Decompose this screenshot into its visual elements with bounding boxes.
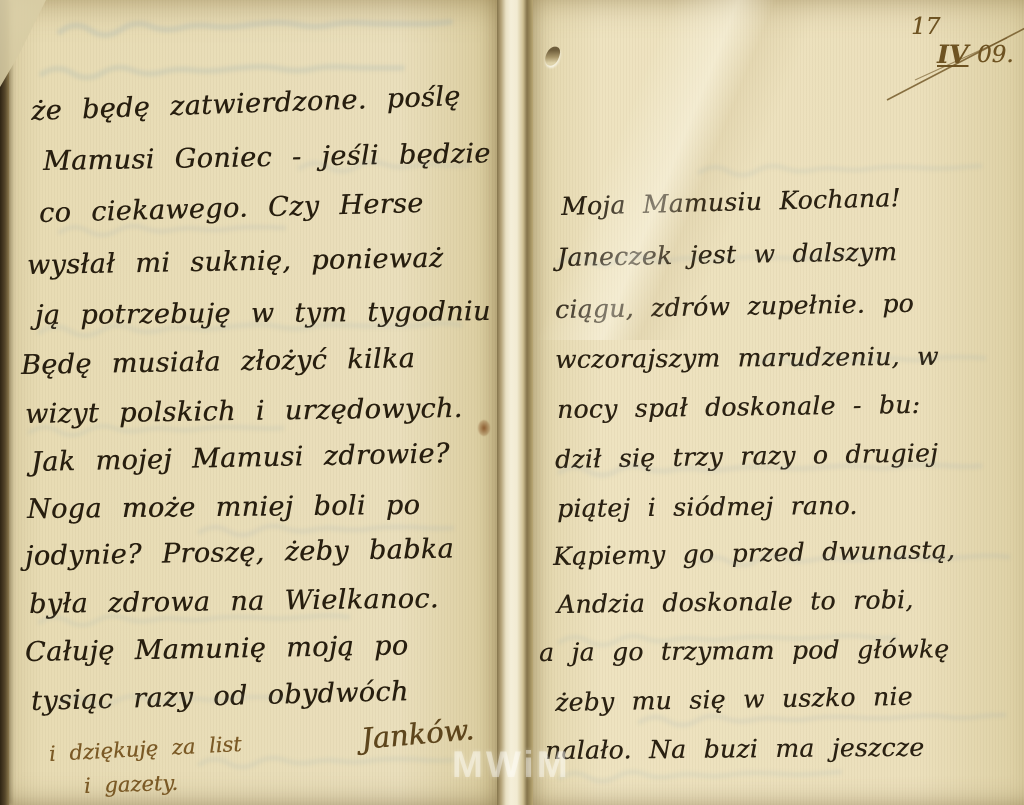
handwriting-line: Moja Mamusiu Kochana! <box>561 183 902 221</box>
handwriting-line: dził się trzy razy o drugiej <box>555 438 939 474</box>
right-page: 17 IV 09. Moja Mamusiu Kochana! Janeczek… <box>533 0 1024 805</box>
handwriting-line: Kąpiemy go przed dwunastą, <box>553 535 956 571</box>
handwriting-line: Noga może mniej boli po <box>27 490 420 525</box>
handwriting-line: a ja go trzymam pod główkę <box>539 634 950 667</box>
ink-stain <box>478 420 490 436</box>
book-cover-edge <box>0 0 9 805</box>
date-day: 17 <box>911 14 940 40</box>
handwriting-line: wysłał mi suknię, ponieważ <box>27 243 444 281</box>
date-year: 09. <box>977 42 1014 68</box>
handwriting-line: Całuję Mamunię moją po <box>25 630 409 668</box>
handwriting-line: że będę zatwierdzone. poślę <box>30 81 461 127</box>
date-mark: 17 IV 09. <box>885 8 1024 108</box>
handwriting-line: jodynie? Proszę, żeby babka <box>25 534 455 572</box>
watermark: MWiM <box>452 744 571 786</box>
handwriting-line: piątej i siódmej rano. <box>557 491 858 523</box>
handwriting-line: była zdrowa na Wielkanoc. <box>29 583 439 620</box>
handwriting-line: Mamusi Goniec - jeśli będzie <box>43 138 491 177</box>
handwriting-line: Andzia doskonale to robi, <box>557 585 914 619</box>
handwriting-line: Janeczek jest w dalszym <box>557 237 898 272</box>
postscript-line: i dziękuję za list <box>48 732 242 766</box>
postscript-line: i gazety. <box>84 771 179 798</box>
handwriting-line: wizyt polskich i urzędowych. <box>25 393 463 430</box>
handwriting-line: Będę musiała złożyć kilka <box>21 343 416 381</box>
handwriting-line: Jak mojej Mamusi zdrowie? <box>31 438 450 478</box>
binding-gutter <box>497 0 533 805</box>
handwriting-line: nalało. Na buzi ma jeszcze <box>545 733 925 765</box>
date-month: IV <box>937 40 968 69</box>
handwriting-line: co ciekawego. Czy Herse <box>39 188 424 229</box>
handwriting-line: nocy spał doskonale - bu: <box>557 390 921 424</box>
handwriting-line: ciągu, zdrów zupełnie. po <box>555 289 914 324</box>
left-page: że będę zatwierdzone. poślę Mamusi Gonie… <box>9 0 497 805</box>
handwriting-line: wczorajszym marudzeniu, w <box>555 342 939 374</box>
handwriting-line: tysiąc razy od obydwóch <box>31 676 409 717</box>
handwriting-line: żeby mu się w uszko nie <box>555 682 913 717</box>
handwriting-line: ją potrzebuję w tym tygodniu <box>35 296 491 331</box>
notebook-spread: że będę zatwierdzone. poślę Mamusi Gonie… <box>0 0 1024 805</box>
